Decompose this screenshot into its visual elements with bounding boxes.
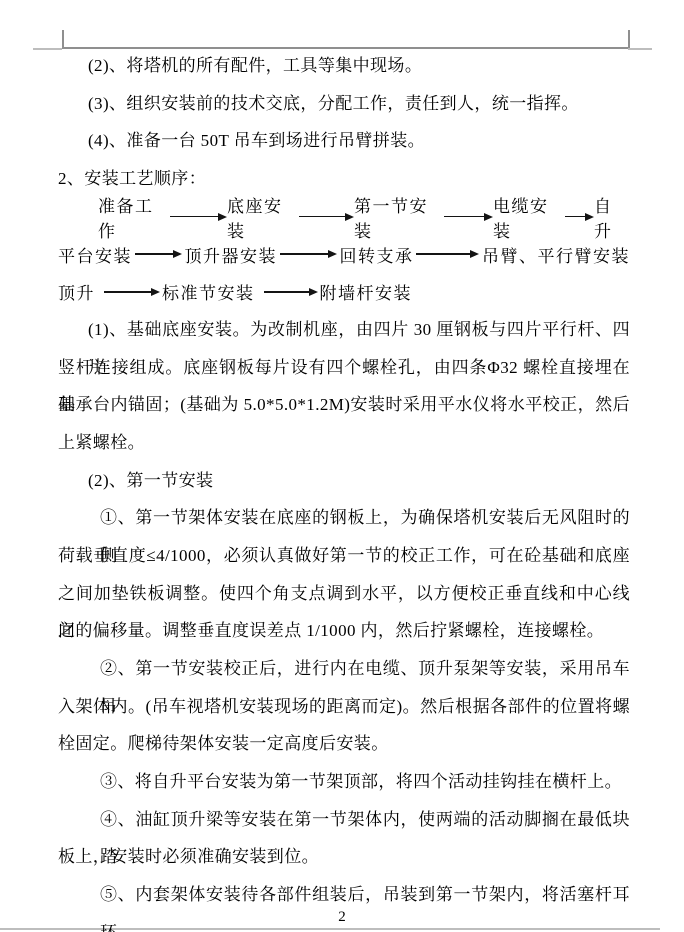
arrow-head-icon (151, 288, 160, 296)
flow-arrow (565, 213, 594, 221)
flow-arrow (299, 213, 354, 221)
flow-arrow (135, 250, 182, 258)
arrow-shaft (104, 291, 151, 293)
paragraph-line: 入架体内。(吊车视塔机安装现场的距离而定)。然后根据各部件的位置将螺 (58, 688, 630, 726)
arrow-shaft (264, 291, 309, 293)
flow-arrow (444, 213, 493, 221)
paragraph-line: 上紧螺栓。 (58, 424, 630, 462)
text-boundary-tick-left (62, 30, 64, 48)
paragraph-line: ④、油缸顶升梁等安装在第一节架体内，使两端的活动脚搁在最低块踏 (58, 801, 630, 839)
page-top-boundary-right (628, 48, 652, 50)
list-item-3: (3)、组织安装前的技术交底，分配工作，责任到人，统一指挥。 (58, 85, 630, 123)
flow-step: 第一节安装 (354, 192, 444, 242)
paragraph-line: 荷载垂直度≤4/1000，必须认真做好第一节的校正工作，可在砼基础和底座 (58, 537, 630, 575)
first-section-heading: (2)、第一节安装 (58, 462, 630, 500)
flow-step: 自升 (594, 192, 630, 242)
arrow-head-icon (585, 213, 594, 221)
arrow-head-icon (173, 250, 182, 258)
flow-step: 顶升 (58, 279, 95, 304)
arrow-shaft (170, 216, 218, 218)
paragraph-line: 之间加垫铁板调整。使四个角支点调到水平，以方便校正垂直线和中心线之 (58, 575, 630, 613)
arrow-head-icon (309, 288, 318, 296)
arrow-shaft (135, 253, 173, 255)
arrow-head-icon (218, 213, 227, 221)
flow-arrow (104, 288, 160, 296)
list-item-4: (4)、准备一台 50T 吊车到场进行吊臂拼装。 (58, 122, 630, 160)
paragraph-line: ②、第一节安装校正后，进行内在电缆、顶升泵架等安装，采用吊车吊 (58, 650, 630, 688)
arrow-shaft (416, 253, 470, 255)
list-item-2: (2)、将塔机的所有配件，工具等集中现场。 (58, 47, 630, 85)
paragraph-line: 栓固定。爬梯待架体安装一定高度后安装。 (58, 725, 630, 763)
flow-diagram-row-1: 准备工作 底座安装 第一节安装 电缆安装 自升 (98, 198, 630, 236)
flow-step: 标准节安装 (162, 279, 255, 304)
flow-step: 平台安装 (58, 242, 132, 267)
flow-step: 附墙杆安装 (320, 279, 413, 304)
arrow-shaft (444, 216, 484, 218)
paragraph-line: ①、第一节架体安装在底座的钢板上，为确保塔机安装后无风阻时的侧 (58, 499, 630, 537)
flow-step: 准备工作 (98, 192, 170, 242)
document-content: (2)、将塔机的所有配件，工具等集中现场。 (3)、组织安装前的技术交底，分配工… (58, 47, 630, 914)
flow-diagram-row-3: 顶升 标准节安装 附墙杆安装 (58, 273, 630, 311)
flow-arrow (280, 250, 337, 258)
page-bottom-boundary (0, 928, 660, 930)
paragraph-line: (1)、基础底座安装。为改制机座，由四片 30 厘钢板与四片平行杆、四片 (58, 311, 630, 349)
flow-step: 底座安装 (227, 192, 299, 242)
text-boundary-tick-right (628, 30, 630, 48)
flow-step: 电缆安装 (493, 192, 565, 242)
arrow-head-icon (345, 213, 354, 221)
page-number: 2 (0, 906, 684, 928)
arrow-head-icon (484, 213, 493, 221)
flow-arrow (170, 213, 227, 221)
paragraph-line: 间的偏移量。调整垂直度误差点 1/1000 内，然后拧紧螺栓，连接螺栓。 (58, 612, 630, 650)
flow-arrow (416, 250, 479, 258)
flow-step: 吊臂、平行臂安装 (482, 242, 630, 267)
paragraph-line: 竖杆连接组成。底座钢板每片设有四个螺栓孔，由四条Φ32 螺栓直接埋在基 (58, 349, 630, 387)
flow-arrow (264, 288, 318, 296)
arrow-head-icon (470, 250, 479, 258)
arrow-shaft (280, 253, 328, 255)
paragraph-line: 板上，安装时必须准确安装到位。 (58, 838, 630, 876)
paragraph-line: 础承台内锚固；(基础为 5.0*5.0*1.2M)安装时采用平水仪将水平校正，然… (58, 386, 630, 424)
arrow-shaft (299, 216, 345, 218)
paragraph-line: ③、将自升平台安装为第一节架顶部，将四个活动挂钩挂在横杆上。 (58, 763, 630, 801)
arrow-head-icon (328, 250, 337, 258)
flow-step: 顶升器安装 (185, 242, 278, 267)
arrow-shaft (565, 216, 585, 218)
flow-step: 回转支承 (340, 242, 414, 267)
